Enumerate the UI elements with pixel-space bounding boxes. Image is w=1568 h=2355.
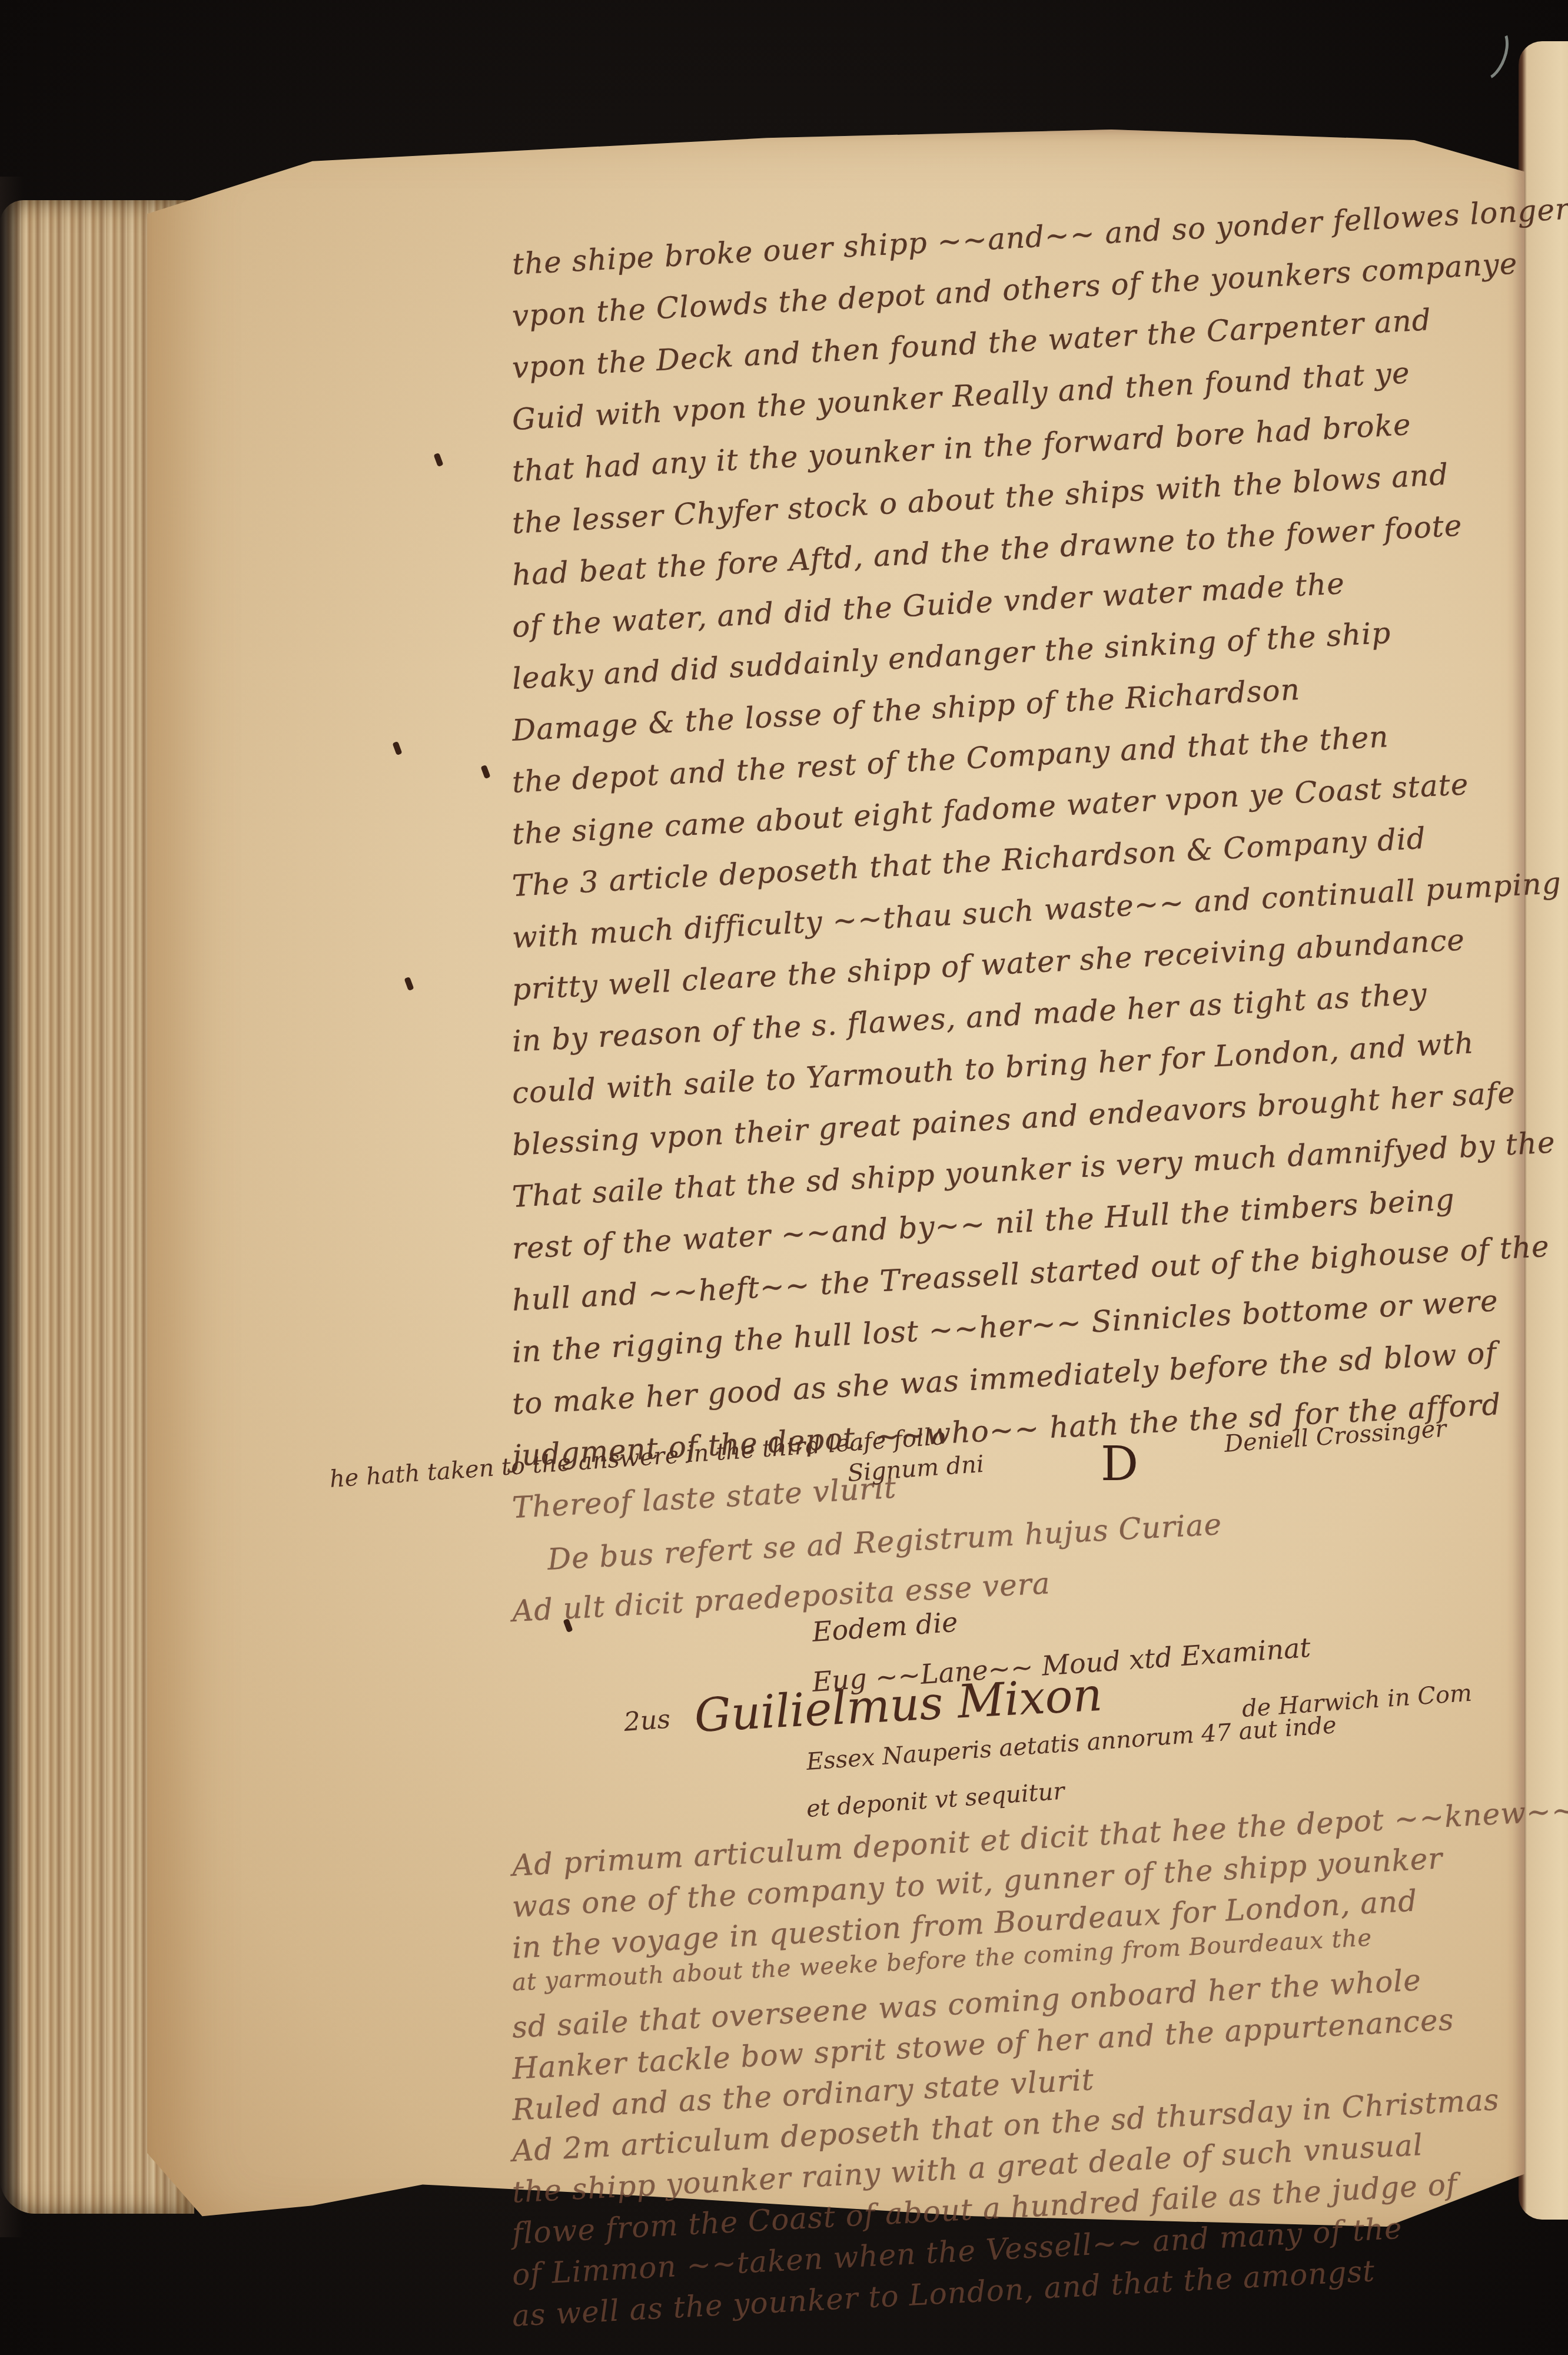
signum-mark: D — [1101, 1437, 1138, 1491]
spine-shadow — [0, 177, 24, 2237]
deponent-number: 2us — [623, 1704, 671, 1737]
